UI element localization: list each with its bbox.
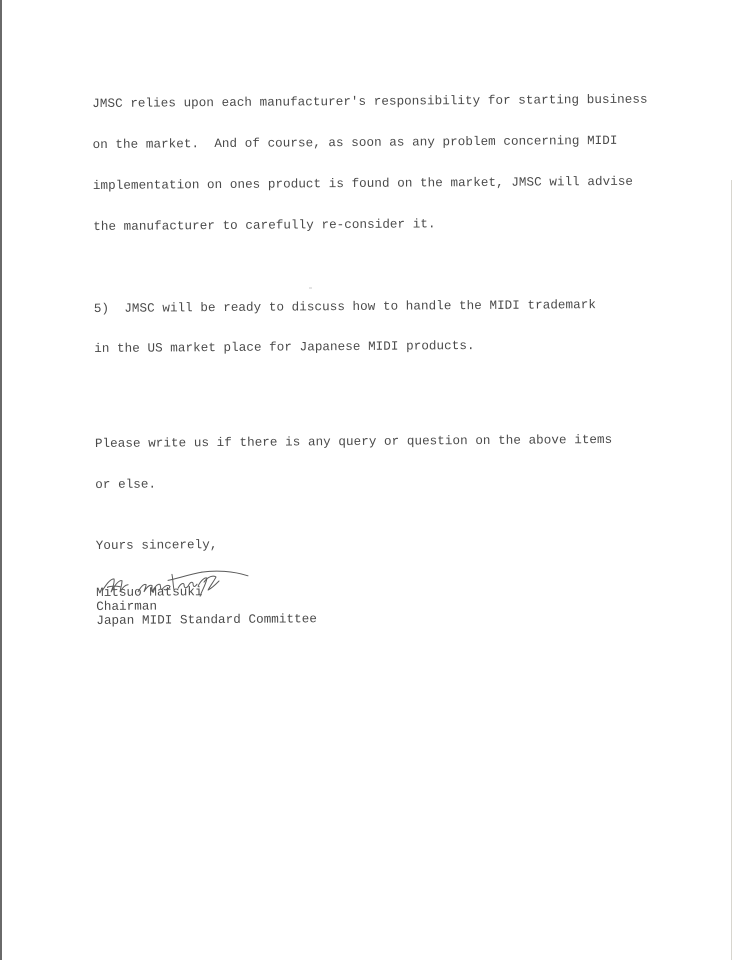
handwritten-signature-icon <box>98 564 253 599</box>
closing-salutation: Yours sincerely, <box>96 535 656 553</box>
paragraph-continuation: JMSC relies upon each manufacturer's res… <box>92 67 653 262</box>
text-line: JMSC relies upon each manufacturer's res… <box>92 94 652 112</box>
page-edge-left <box>0 0 2 960</box>
text-line: in the US market place for Japanese MIDI… <box>94 339 654 357</box>
text-line: implementation on ones product is found … <box>93 175 653 193</box>
text-line: 5) JMSC will be ready to discuss how to … <box>94 298 654 316</box>
paragraph-item-5: 5) JMSC will be ready to discuss how to … <box>94 271 655 384</box>
signature-block: Mitsuo Matsuki Chairman Japan MIDI Stand… <box>96 583 656 628</box>
letter-body: JMSC relies upon each manufacturer's res… <box>92 67 656 629</box>
signatory-organization: Japan MIDI Standard Committee <box>96 610 656 628</box>
text-line: Please write us if there is any query or… <box>95 434 655 452</box>
paragraph-request: Please write us if there is any query or… <box>95 407 656 520</box>
text-line: the manufacturer to carefully re-conside… <box>93 216 653 234</box>
text-line: or else. <box>95 475 655 493</box>
text-line: on the market. And of course, as soon as… <box>93 135 653 153</box>
